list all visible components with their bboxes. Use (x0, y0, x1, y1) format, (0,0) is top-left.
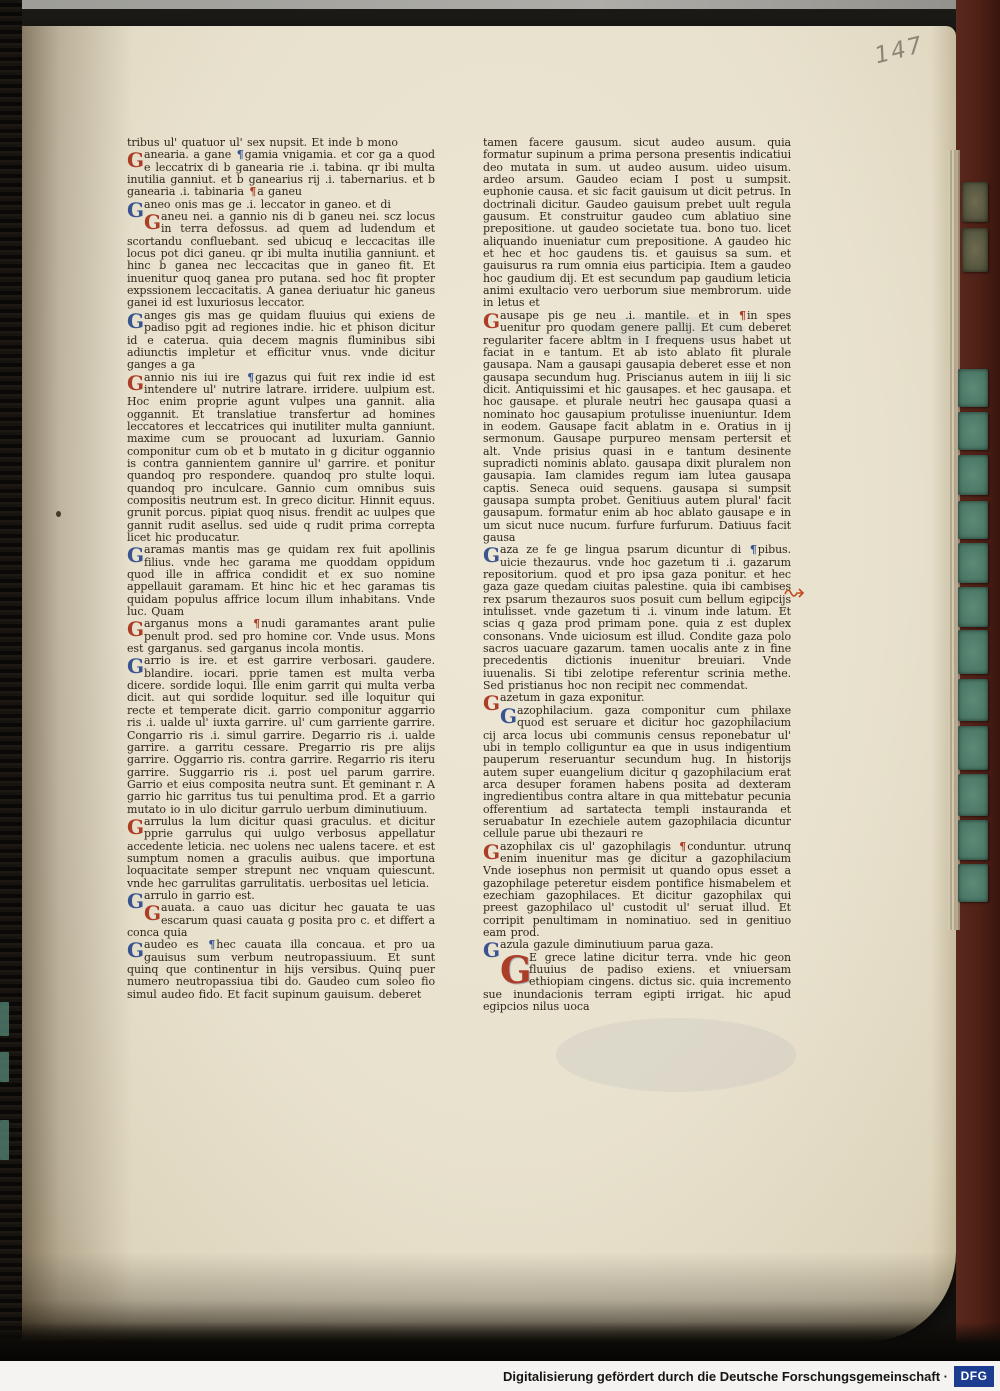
dictionary-entry: Garrio is ire. et est garrire verbosari.… (127, 655, 435, 815)
lombard-initial: G (127, 655, 142, 678)
fore-edge-tab (958, 726, 988, 770)
fore-edge-tab-worn (962, 228, 988, 272)
fore-edge-tab (958, 679, 988, 721)
lombard-initial: G (483, 310, 498, 333)
dictionary-entry: Ganeu nei. a gannio nis di b ganeu nei. … (127, 211, 435, 310)
fore-edge-tab (958, 455, 988, 495)
lombard-initial: G (127, 199, 142, 222)
lombard-initial: G (127, 939, 142, 962)
dfg-logo: DFG (954, 1366, 994, 1387)
dictionary-entry: Garrulus la lum dicitur quasi graculus. … (127, 816, 435, 890)
pilcrow-mark: ¶ (678, 840, 687, 853)
fore-edge-tab-worn (962, 182, 988, 222)
pilcrow-mark: ¶ (749, 543, 758, 556)
book-gutter-edge (0, 0, 22, 1391)
lombard-initial: G (127, 544, 142, 567)
red-squiggle-icon (784, 587, 806, 599)
lombard-initial: G (483, 544, 498, 567)
scanner-background-top (0, 0, 1000, 9)
dictionary-entry: Gannio nis iui ire ¶gazus qui fuit rex i… (127, 372, 435, 545)
lombard-initial: G (127, 310, 142, 333)
dictionary-entry: Gazophilacium. gaza componitur cum phila… (483, 705, 791, 841)
dictionary-entry: Gazula gazule diminutiuum parua gaza. (483, 939, 791, 951)
pilcrow-mark: ¶ (252, 617, 261, 630)
pilcrow-mark: ¶ (246, 371, 255, 384)
lombard-initial: G (127, 890, 142, 913)
fore-edge-tab (958, 864, 988, 902)
dictionary-entry: Ganearia. a gane ¶gamia vnigamia. et cor… (127, 149, 435, 198)
fore-edge-tab (958, 630, 988, 674)
pilcrow-mark: ¶ (207, 938, 216, 951)
fore-edge-tab (958, 412, 988, 450)
dictionary-entry: Gauata. a cauo uas dicitur hec gauata te… (127, 902, 435, 939)
lombard-initial: G (127, 372, 142, 395)
dictionary-entry: Garganus mons a ¶nudi garamantes arant p… (127, 618, 435, 655)
lombard-initial: G (144, 211, 159, 234)
dictionary-entry: Gaza ze fe ge lingua psarum dicuntur di … (483, 544, 791, 692)
fore-edge-tab (958, 820, 988, 860)
dictionary-entry: Gausape pis ge neu .i. mantile. et in ¶i… (483, 310, 791, 545)
parchment-speck (56, 511, 61, 517)
dictionary-entry: tamen facere gausum. sicut audeo ausum. … (483, 137, 791, 310)
fore-edge-tab (958, 543, 988, 583)
dictionary-entry: Gazetum in gaza exponitur. (483, 692, 791, 704)
lombard-initial: G (483, 841, 498, 864)
marginal-annotation-mark (784, 584, 806, 603)
text-column-left: tribus ul' quatuor ul' sex nupsit. Et in… (127, 137, 435, 1093)
lombard-initial: G (500, 705, 515, 728)
lombard-initial: G (500, 952, 527, 989)
left-edge-tab-remnant (0, 1120, 9, 1160)
lombard-initial: G (127, 816, 142, 839)
lombard-initial: G (483, 692, 498, 715)
fore-edge-tab (958, 587, 988, 627)
lombard-initial: G (483, 939, 498, 962)
text-column-right: tamen facere gausum. sicut audeo ausum. … (483, 137, 791, 1093)
pilcrow-mark: ¶ (738, 309, 747, 322)
lombard-initial: G (144, 902, 159, 925)
pilcrow-mark: ¶ (236, 148, 245, 161)
left-edge-tab-remnant (0, 1052, 9, 1082)
dictionary-entry: Gaudeo es ¶hec cauata illa concaua. et p… (127, 939, 435, 1001)
banner-text: Digitalisierung gefördert durch die Deut… (503, 1369, 948, 1384)
dictionary-entry: Ganges gis mas ge quidam fluuius qui exi… (127, 310, 435, 372)
manuscript-scan: 147 tribus ul' quatuor ul' sex nupsit. E… (0, 0, 1000, 1391)
pilcrow-mark: ¶ (248, 185, 257, 198)
lombard-initial: G (127, 149, 142, 172)
dictionary-entry: Garamas mantis mas ge quidam rex fuit ap… (127, 544, 435, 618)
left-edge-tab-remnant (0, 1002, 9, 1036)
digitization-banner: Digitalisierung gefördert durch die Deut… (0, 1361, 1000, 1391)
dictionary-entry: Gazophilax cis ul' gazophilagis ¶condunt… (483, 841, 791, 940)
fore-edge-tab (958, 501, 988, 539)
fore-edge-tab (958, 369, 988, 407)
dictionary-entry: GE grece latine dicitur terra. vnde hic … (483, 952, 791, 1014)
book-bottom-shadow (0, 1322, 1000, 1361)
fore-edge-tab (958, 774, 988, 816)
lombard-initial: G (127, 618, 142, 641)
